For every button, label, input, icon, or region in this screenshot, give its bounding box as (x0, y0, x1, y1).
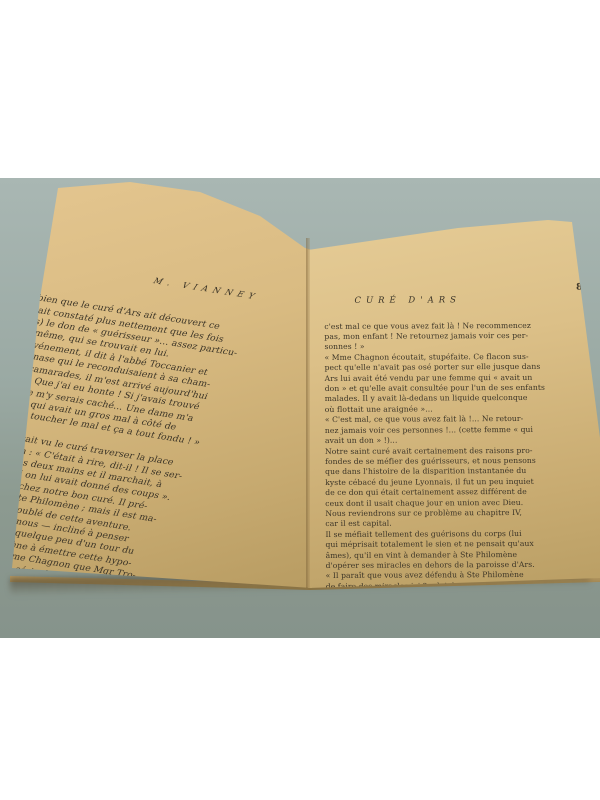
book-photo: 82 M. VIANNEY Il semble bien que le curé… (0, 178, 600, 638)
text-line: « C'est mal, ce que vous avez fait là !.… (325, 414, 545, 426)
text-line: nez jamais voir ces personnes !... (cett… (325, 425, 545, 437)
right-running-head: CURÉ D'ARS (354, 296, 461, 307)
right-page-number: 83 (576, 281, 589, 293)
text-line: que dans l'histoire de la disparition in… (325, 466, 545, 478)
open-book: 82 M. VIANNEY Il semble bien que le curé… (0, 178, 600, 638)
text-line: malades. Il y avait là-dedans un liquide… (325, 393, 545, 405)
text-line: Nous reviendrons sur ce problème au chap… (325, 508, 545, 520)
text-line: qui méprisait totalement le sien et ne p… (325, 539, 545, 551)
left-page-text: 82 M. VIANNEY Il semble bien que le curé… (0, 200, 286, 588)
book-gutter (306, 238, 310, 588)
text-line: pas, mon enfant ! Ne retournez jamais vo… (324, 331, 544, 343)
right-page: CURÉ D'ARS 83 c'est mal ce que vous avez… (308, 178, 600, 590)
left-page: 82 M. VIANNEY Il semble bien que le curé… (0, 178, 312, 588)
text-line: pect qu'elle n'avait pas osé porter sur … (325, 362, 545, 374)
left-page-body: Il semble bien que le curé d'Ars ait déc… (0, 286, 249, 588)
text-line: de ce don qui était certainement assez d… (325, 487, 545, 499)
right-header: CURÉ D'ARS 83 (324, 282, 544, 297)
right-page-text: CURÉ D'ARS 83 c'est mal ce que vous avez… (324, 257, 547, 590)
right-page-body: c'est mal ce que vous avez fait là ! Ne … (324, 320, 546, 590)
